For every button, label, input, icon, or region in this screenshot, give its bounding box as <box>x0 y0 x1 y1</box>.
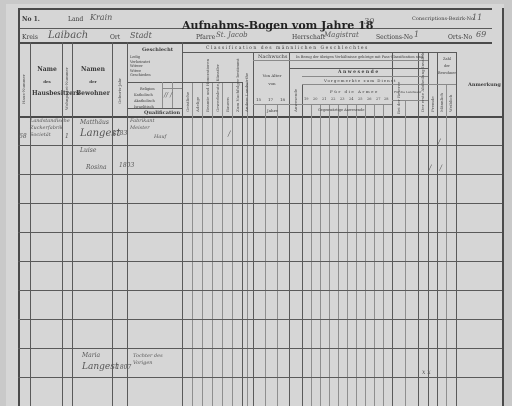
col-line-invalid <box>428 52 429 406</box>
row-divider <box>18 290 502 291</box>
age-col: 24 <box>349 97 353 101</box>
grid-line <box>302 76 428 77</box>
row-divider <box>18 145 502 146</box>
geschlecht-header: Geschlecht <box>142 47 173 53</box>
grid-line <box>356 104 357 406</box>
grid-line <box>172 82 173 108</box>
wohnpartei-header: Wohnpartei-Nummer <box>64 60 69 110</box>
class-beamte: Beamte und Honoratioren <box>205 64 210 112</box>
religion-rows: Religion Katholisch Akatholisch Israelit… <box>134 86 155 110</box>
age-col: 21 <box>322 97 326 101</box>
col-line-class-end <box>242 82 243 406</box>
col-line-qualification <box>182 42 183 406</box>
geburtsjahr-rosina: 1803 <box>119 162 134 169</box>
classification-header: Classification des männlichen Geschlecht… <box>206 46 369 51</box>
qualification-header: Qualification <box>144 110 180 116</box>
grid-line <box>265 104 266 406</box>
col-line-fremde <box>437 52 438 406</box>
bewohner-maria: Maria <box>82 352 100 359</box>
weiblich-header: Weiblich <box>448 94 453 112</box>
grid-line <box>302 84 303 406</box>
von-alter-header: Von Alter von <box>255 72 289 88</box>
age-15: 15 <box>256 97 261 102</box>
grid-line <box>162 82 163 108</box>
header-line: des <box>32 76 62 88</box>
age-col: 25 <box>358 97 362 101</box>
grid-line <box>374 104 375 406</box>
pfarre-label: Pfarre <box>196 34 215 41</box>
fremde-header: Fremde <box>430 74 435 112</box>
hausbesitzer-value: Landstandische Zuckerfabrik Societät <box>30 118 70 139</box>
herrschaft-label: Herrschaft <box>292 34 325 41</box>
reserve-vertical: Bei der Reserve <box>396 102 401 114</box>
tally-mark: / <box>438 138 440 146</box>
col-line-hausnr <box>30 42 31 406</box>
ort-value: Stadt <box>130 31 152 40</box>
text-line: Landstandische <box>30 118 70 125</box>
age-col: 23 <box>340 97 344 101</box>
orts-value: 69 <box>476 30 486 39</box>
grid-line <box>182 52 456 53</box>
sections-label: Sections-No <box>376 34 413 41</box>
invalid-header: Der erste Abtheilung Invalide <box>420 56 425 112</box>
grid-line <box>277 104 278 406</box>
qualification-maria-2: Vorigen <box>133 360 153 366</box>
sheet-number: No 1. <box>22 16 40 23</box>
grid-line <box>192 82 193 406</box>
class-nachfolger: Zum Nachfolger bestimmt <box>235 74 240 112</box>
age-col: 20 <box>313 97 317 101</box>
col-line-nachwuchs <box>253 52 254 406</box>
age-17: 17 <box>268 97 273 102</box>
grid-line <box>383 104 384 406</box>
bewohner-header: Namen der Bewohner <box>74 64 112 100</box>
col-line-summe-end <box>456 52 457 406</box>
grid-line <box>253 104 392 105</box>
frame-right <box>502 8 504 406</box>
pfarre-value: St. Jacob <box>216 31 248 39</box>
grid-line <box>311 104 312 406</box>
land-label: Land <box>68 16 83 23</box>
bewohner-first: Matthäus <box>80 119 109 126</box>
qualification-value-2: Meister <box>130 125 150 131</box>
orts-label: Orts-No <box>448 34 472 41</box>
column-header-bottom <box>18 116 502 118</box>
census-sheet: No 1. Land Krain Aufnahms-Bogen vom Jahr… <box>6 4 504 406</box>
conscription-value: 11 <box>472 13 482 22</box>
tally-mark: / / <box>429 164 445 172</box>
col-line-bewohner <box>112 42 113 406</box>
summe-header: Zahl der Bewohner <box>438 56 456 77</box>
header-line: Name <box>32 64 62 76</box>
header-line: Namen <box>74 64 112 76</box>
class-geistliche: Geistliche <box>185 88 190 112</box>
age-col: 26 <box>367 97 371 101</box>
header-line: Zahl <box>438 56 456 63</box>
grid-line <box>329 104 330 406</box>
row-divider <box>18 203 502 204</box>
haus-nummer-header: Haus-Nummer <box>21 64 26 104</box>
header-line: Hausbesitzers <box>32 88 62 100</box>
grid-line <box>302 84 428 85</box>
row-label: Geschieden <box>130 73 151 78</box>
class-adelige: Adelige <box>195 88 200 112</box>
class-gewerbsleute: Gewerbsleute, Künstler <box>215 64 220 112</box>
age-col: 19 <box>304 97 308 101</box>
grid-line <box>212 82 213 406</box>
col-line-geburtsjahr <box>127 42 128 406</box>
row-divider <box>18 377 502 378</box>
anwesende-header: Anwesende <box>338 70 380 75</box>
qualification-maria: Tochter des <box>133 353 163 359</box>
row-divider <box>18 174 502 175</box>
kreis-value: Laibach <box>48 30 88 41</box>
hausbesitzer-header: Name des Hausbesitzers <box>32 64 62 100</box>
grid-line <box>446 84 447 406</box>
geburtsjahr-maria: 1807 <box>116 364 131 371</box>
row-divider <box>18 348 502 349</box>
conscription-label: Conscriptions-Bezirk-No <box>412 16 474 22</box>
header-line: Bewohner <box>438 70 456 77</box>
header-bottom <box>18 42 492 44</box>
year-value: 30 <box>364 17 374 26</box>
class-landwirthe: Andere Landwirthe <box>244 74 249 112</box>
gegenwaertig-header: Gegenwärtige Anwesende <box>318 108 364 112</box>
tally-mark: / <box>228 130 230 138</box>
stellung-header: In Bezug der übrigen Verhältnisse gehöri… <box>296 55 423 59</box>
grid-line <box>162 88 182 89</box>
text-line: Zuckerfabrik <box>30 125 70 132</box>
header-line: von <box>255 80 289 88</box>
religion-mark: // / <box>164 92 172 99</box>
nachwuchs-header: Nachwuchs <box>258 54 287 60</box>
maennlich-header: Männlich <box>439 94 444 112</box>
grid-line <box>232 82 233 406</box>
vorgemerkte-header: Vorgemerkte zum Dienst <box>324 78 396 83</box>
frame-left <box>18 8 20 406</box>
grid-line <box>202 82 203 406</box>
bewohner-luise: Luise <box>80 147 96 154</box>
row-divider <box>18 232 502 233</box>
land-value: Krain <box>90 13 112 22</box>
grid-line <box>253 60 428 61</box>
geburtsjahr-header: Geburts-Jahr <box>117 70 122 104</box>
header-line: Bewohner <box>74 88 112 100</box>
age-col: 22 <box>331 97 335 101</box>
col-line-alter <box>289 52 290 406</box>
armee-header: Für die Armee <box>330 89 379 94</box>
grid-line <box>289 68 428 69</box>
grid-line <box>127 82 242 83</box>
col-line-armee-end <box>392 52 393 406</box>
header-line: Von Alter <box>255 72 289 80</box>
qualification-value: Fabrikant <box>130 118 155 124</box>
grid-line <box>338 104 339 406</box>
bewohner-rosina: Rosina <box>86 164 107 171</box>
grid-line <box>222 82 223 406</box>
grid-line <box>320 104 321 406</box>
kreis-label: Kreis <box>22 34 38 41</box>
tally-mark: x x <box>422 369 431 376</box>
anwesende-vertical: Anwesende <box>293 88 298 112</box>
partei-value: 1 <box>65 133 69 140</box>
col-line-landwehr-end <box>418 52 419 406</box>
haus-nr-value: 68 <box>19 133 27 140</box>
grid-line <box>247 82 248 406</box>
age-col: 28 <box>384 97 388 101</box>
anmerkung-header: Anmerkung <box>468 82 501 88</box>
jahre-label: Jahre <box>267 108 278 113</box>
row-divider <box>18 261 502 262</box>
grid-line <box>347 104 348 406</box>
bewohner-maria-surname: Langest <box>82 362 118 372</box>
class-bauern: Bauern <box>225 88 230 112</box>
sections-value: 1 <box>414 30 419 39</box>
grid-line <box>365 104 366 406</box>
ort-label: Ort <box>110 34 120 41</box>
age-18: 18 <box>280 97 285 102</box>
qualification-value-3: Hauf <box>154 134 166 140</box>
row-divider <box>18 319 502 320</box>
text-line: Societät <box>30 132 70 139</box>
geburtsjahr-value: 1783 <box>112 130 127 137</box>
age-col: 27 <box>376 97 380 101</box>
header-line: der <box>438 63 456 70</box>
header-line: der <box>74 76 112 88</box>
frame-top <box>18 8 492 10</box>
geschlecht-rows: Ledig Verheiratet Witwer Witwe Geschiede… <box>130 55 151 78</box>
herrschaft-value: Magistrat <box>324 31 359 39</box>
